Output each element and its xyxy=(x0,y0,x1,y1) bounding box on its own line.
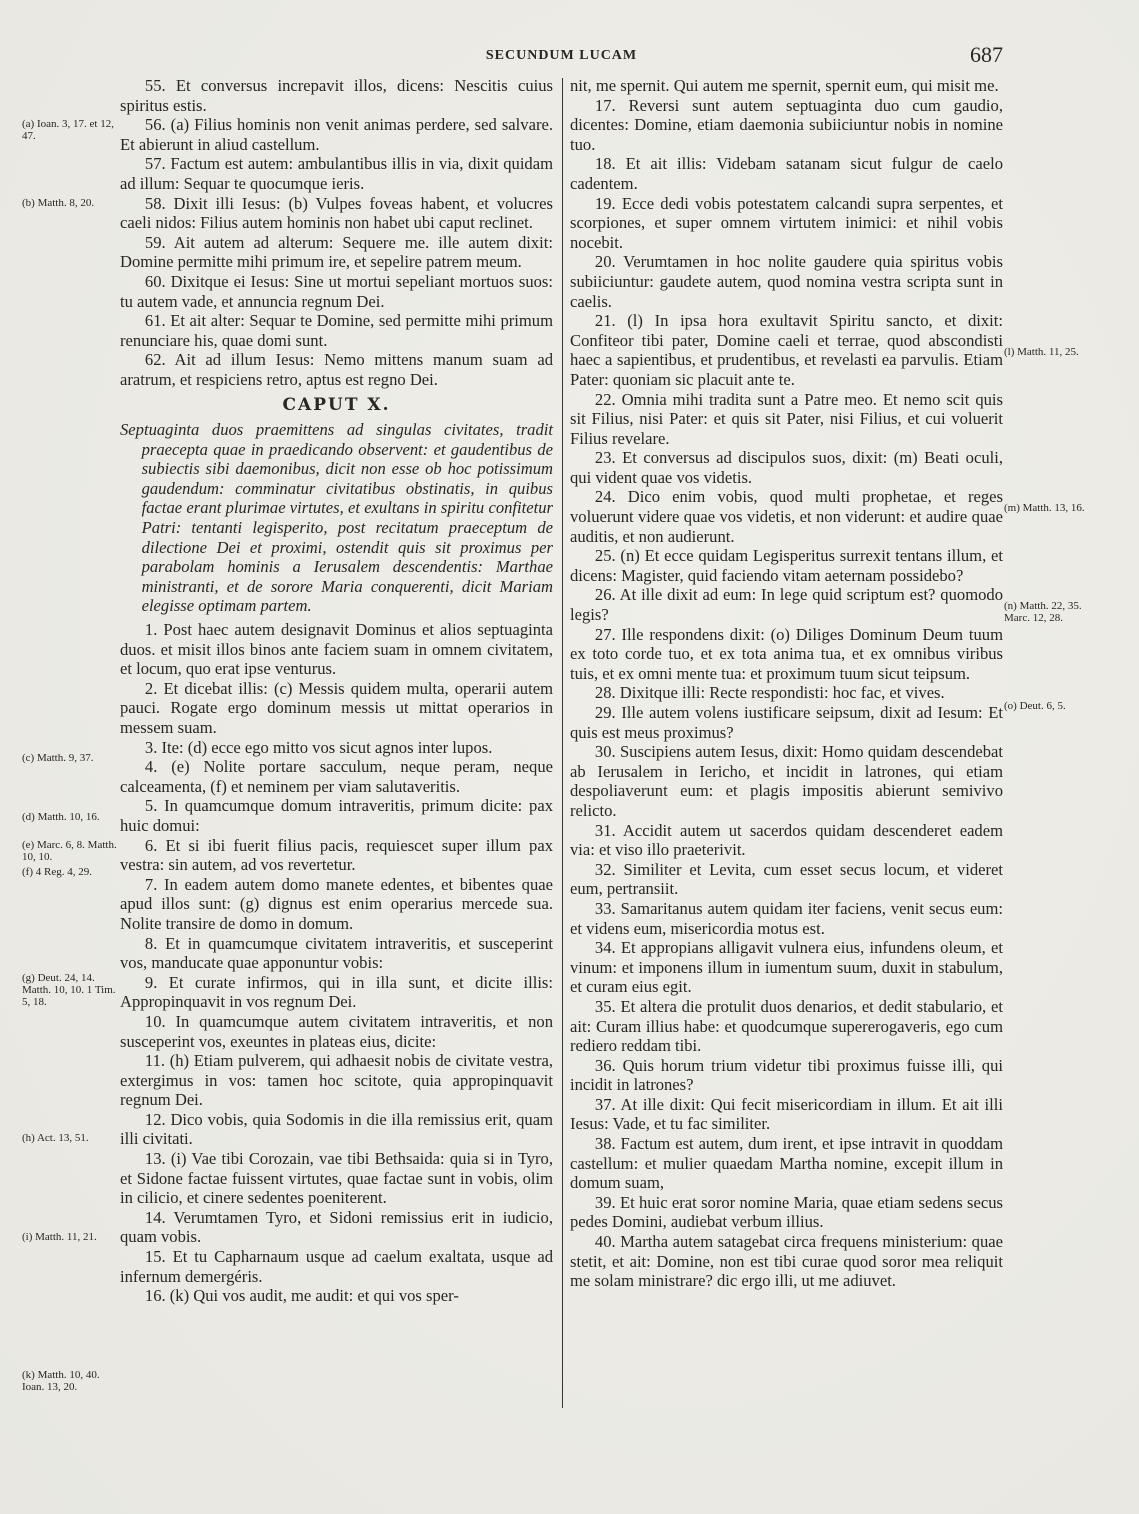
verse: 59. Ait autem ad alterum: Sequere me. il… xyxy=(120,233,553,272)
margin-note: (c) Matth. 9, 37. xyxy=(22,752,117,764)
verse: 11. (h) Etiam pulverem, qui adhaesit nob… xyxy=(120,1051,553,1110)
verse: 35. Et altera die protulit duos denarios… xyxy=(570,997,1003,1056)
verse: 26. At ille dixit ad eum: In lege quid s… xyxy=(570,585,1003,624)
margin-note: (g) Deut. 24, 14. Matth. 10, 10. 1 Tim. … xyxy=(22,972,117,1008)
verse: 25. (n) Et ecce quidam Legisperitus surr… xyxy=(570,546,1003,585)
verse: 31. Accidit autem ut sacerdos quidam des… xyxy=(570,821,1003,860)
verse: 33. Samaritanus autem quidam iter facien… xyxy=(570,899,1003,938)
verse: 21. (l) In ipsa hora exultavit Spiritu s… xyxy=(570,311,1003,389)
verse: 5. In quamcumque domum intraveritis, pri… xyxy=(120,796,553,835)
verse: 24. Dico enim vobis, quod multi propheta… xyxy=(570,487,1003,546)
verse: 32. Similiter et Levita, cum esset secus… xyxy=(570,860,1003,899)
verse: 19. Ecce dedi vobis potestatem calcandi … xyxy=(570,194,1003,253)
margin-note: (f) 4 Reg. 4, 29. xyxy=(22,866,117,878)
running-title: SECUNDUM LUCAM xyxy=(120,48,1003,64)
verse: 55. Et conversus increpavit illos, dicen… xyxy=(120,76,553,115)
verse: 38. Factum est autem, dum irent, et ipse… xyxy=(570,1134,1003,1193)
margin-note: (d) Matth. 10, 16. xyxy=(22,811,117,823)
margin-note: (o) Deut. 6, 5. xyxy=(1004,700,1099,712)
verse: 61. Et ait alter: Sequar te Domine, sed … xyxy=(120,311,553,350)
verse: 10. In quamcumque autem civitatem intrav… xyxy=(120,1012,553,1051)
verse: 58. Dixit illi Iesus: (b) Vulpes foveas … xyxy=(120,194,553,233)
verse: 37. At ille dixit: Qui fecit misericordi… xyxy=(570,1095,1003,1134)
margin-note: (m) Matth. 13, 16. xyxy=(1004,502,1099,514)
verse: 27. Ille respondens dixit: (o) Diliges D… xyxy=(570,625,1003,684)
verse: 12. Dico vobis, quia Sodomis in die illa… xyxy=(120,1110,553,1149)
verse: 62. Ait ad illum Iesus: Nemo mittens man… xyxy=(120,350,553,389)
margin-note: (n) Matth. 22, 35. Marc. 12, 28. xyxy=(1004,600,1099,624)
chapter-summary: Septuaginta duos praemittens ad singulas… xyxy=(120,420,553,616)
margin-note: (h) Act. 13, 51. xyxy=(22,1132,117,1144)
margin-note: (i) Matth. 11, 21. xyxy=(22,1231,117,1243)
right-column: nit, me spernit. Qui autem me spernit, s… xyxy=(570,76,1003,1291)
verse: 28. Dixitque illi: Recte respondisti: ho… xyxy=(570,683,1003,703)
verse: 8. Et in quamcumque civitatem intraverit… xyxy=(120,934,553,973)
verse: 39. Et huic erat soror nomine Maria, qua… xyxy=(570,1193,1003,1232)
margin-note: (l) Matth. 11, 25. xyxy=(1004,346,1099,358)
column-divider xyxy=(562,78,563,1408)
verse: 34. Et appropians alligavit vulnera eius… xyxy=(570,938,1003,997)
verse: 9. Et curate infirmos, qui in illa sunt,… xyxy=(120,973,553,1012)
page-header: SECUNDUM LUCAM 687 xyxy=(120,46,1003,68)
verse: 6. Et si ibi fuerit filius pacis, requie… xyxy=(120,836,553,875)
verse: 3. Ite: (d) ecce ego mitto vos sicut agn… xyxy=(120,738,553,758)
verse: 22. Omnia mihi tradita sunt a Patre meo.… xyxy=(570,390,1003,449)
verse: 13. (i) Vae tibi Corozain, vae tibi Beth… xyxy=(120,1149,553,1208)
verse-continuation: nit, me spernit. Qui autem me spernit, s… xyxy=(570,76,1003,96)
verse: 40. Martha autem satagebat circa frequen… xyxy=(570,1232,1003,1291)
left-column: 55. Et conversus increpavit illos, dicen… xyxy=(120,76,553,1306)
verse: 18. Et ait illis: Videbam satanam sicut … xyxy=(570,154,1003,193)
verse: 57. Factum est autem: ambulantibus illis… xyxy=(120,154,553,193)
scanned-book-page: SECUNDUM LUCAM 687 55. Et conversus incr… xyxy=(0,0,1139,1514)
verse: 15. Et tu Capharnaum usque ad caelum exa… xyxy=(120,1247,553,1286)
verse: 56. (a) Filius hominis non venit animas … xyxy=(120,115,553,154)
verse: 36. Quis horum trium videtur tibi proxim… xyxy=(570,1056,1003,1095)
verse: 29. Ille autem volens iustificare seipsu… xyxy=(570,703,1003,742)
verse: 16. (k) Qui vos audit, me audit: et qui … xyxy=(120,1286,553,1306)
verse: 30. Suscipiens autem Iesus, dixit: Homo … xyxy=(570,742,1003,820)
verse: 2. Et dicebat illis: (c) Messis quidem m… xyxy=(120,679,553,738)
verse: 7. In eadem autem domo manete edentes, e… xyxy=(120,875,553,934)
verse: 17. Reversi sunt autem septuaginta duo c… xyxy=(570,96,1003,155)
verse: 20. Verumtamen in hoc nolite gaudere qui… xyxy=(570,252,1003,311)
verse: 1. Post haec autem designavit Dominus et… xyxy=(120,620,553,679)
verse: 23. Et conversus ad discipulos suos, dix… xyxy=(570,448,1003,487)
margin-note: (e) Marc. 6, 8. Matth. 10, 10. xyxy=(22,839,117,863)
margin-note: (b) Matth. 8, 20. xyxy=(22,197,117,209)
margin-note: (a) Ioan. 3, 17. et 12, 47. xyxy=(22,118,117,142)
margin-note: (k) Matth. 10, 40. Ioan. 13, 20. xyxy=(22,1369,117,1393)
verse: 14. Verumtamen Tyro, et Sidoni remissius… xyxy=(120,1208,553,1247)
verse: 4. (e) Nolite portare sacculum, neque pe… xyxy=(120,757,553,796)
page-number: 687 xyxy=(970,42,1003,68)
chapter-title: CAPUT X. xyxy=(120,396,553,416)
verse: 60. Dixitque ei Iesus: Sine ut mortui se… xyxy=(120,272,553,311)
